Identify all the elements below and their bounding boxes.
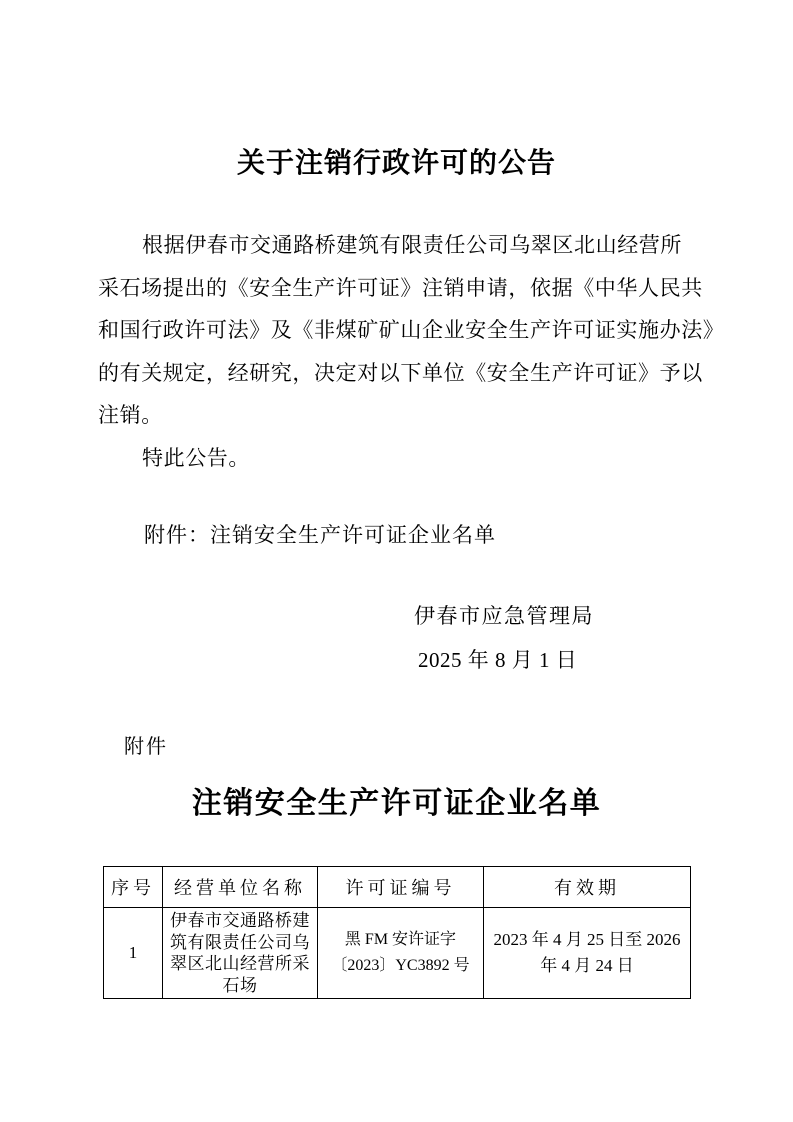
- cell-license-no: 黑 FM 安许证字〔2023〕YC3892 号: [318, 908, 484, 999]
- attachment-label: 附件: [124, 730, 168, 759]
- body-line: 和国行政许可法》及《非煤矿矿山企业安全生产许可证实施办法》: [98, 309, 704, 352]
- body-line: 采石场提出的《安全生产许可证》注销申请，依据《中华人民共: [98, 267, 704, 310]
- document-page: 关于注销行政许可的公告 根据伊春市交通路桥建筑有限责任公司乌翠区北山经营所 采石…: [0, 0, 793, 1122]
- document-title: 关于注销行政许可的公告: [0, 141, 793, 181]
- body-line: 根据伊春市交通路桥建筑有限责任公司乌翠区北山经营所: [98, 224, 704, 267]
- signature-agency: 伊春市应急管理局: [414, 600, 594, 630]
- body-line: 注销。: [98, 394, 704, 437]
- license-table-container: 序号 经营单位名称 许可证编号 有效期 1 伊春市交通路桥建筑有限责任公司乌翠区…: [103, 866, 691, 999]
- license-table: 序号 经营单位名称 许可证编号 有效期 1 伊春市交通路桥建筑有限责任公司乌翠区…: [103, 866, 691, 999]
- signature-date: 2025 年 8 月 1 日: [418, 644, 577, 674]
- body-line: 的有关规定，经研究，决定对以下单位《安全生产许可证》予以: [98, 352, 704, 395]
- header-validity: 有效期: [484, 867, 691, 908]
- attachment-note: 附件：注销安全生产许可证企业名单: [98, 519, 704, 549]
- attachment-heading: 注销安全生产许可证企业名单: [0, 778, 793, 822]
- table-header-row: 序号 经营单位名称 许可证编号 有效期: [104, 867, 691, 908]
- body-paragraph: 根据伊春市交通路桥建筑有限责任公司乌翠区北山经营所 采石场提出的《安全生产许可证…: [98, 224, 704, 479]
- header-company: 经营单位名称: [163, 867, 318, 908]
- cell-validity: 2023 年 4 月 25 日至 2026 年 4 月 24 日: [484, 908, 691, 999]
- header-index: 序号: [104, 867, 163, 908]
- cell-company: 伊春市交通路桥建筑有限责任公司乌翠区北山经营所采石场: [163, 908, 318, 999]
- closing-line: 特此公告。: [98, 437, 704, 480]
- header-license-no: 许可证编号: [318, 867, 484, 908]
- cell-index: 1: [104, 908, 163, 999]
- table-row: 1 伊春市交通路桥建筑有限责任公司乌翠区北山经营所采石场 黑 FM 安许证字〔2…: [104, 908, 691, 999]
